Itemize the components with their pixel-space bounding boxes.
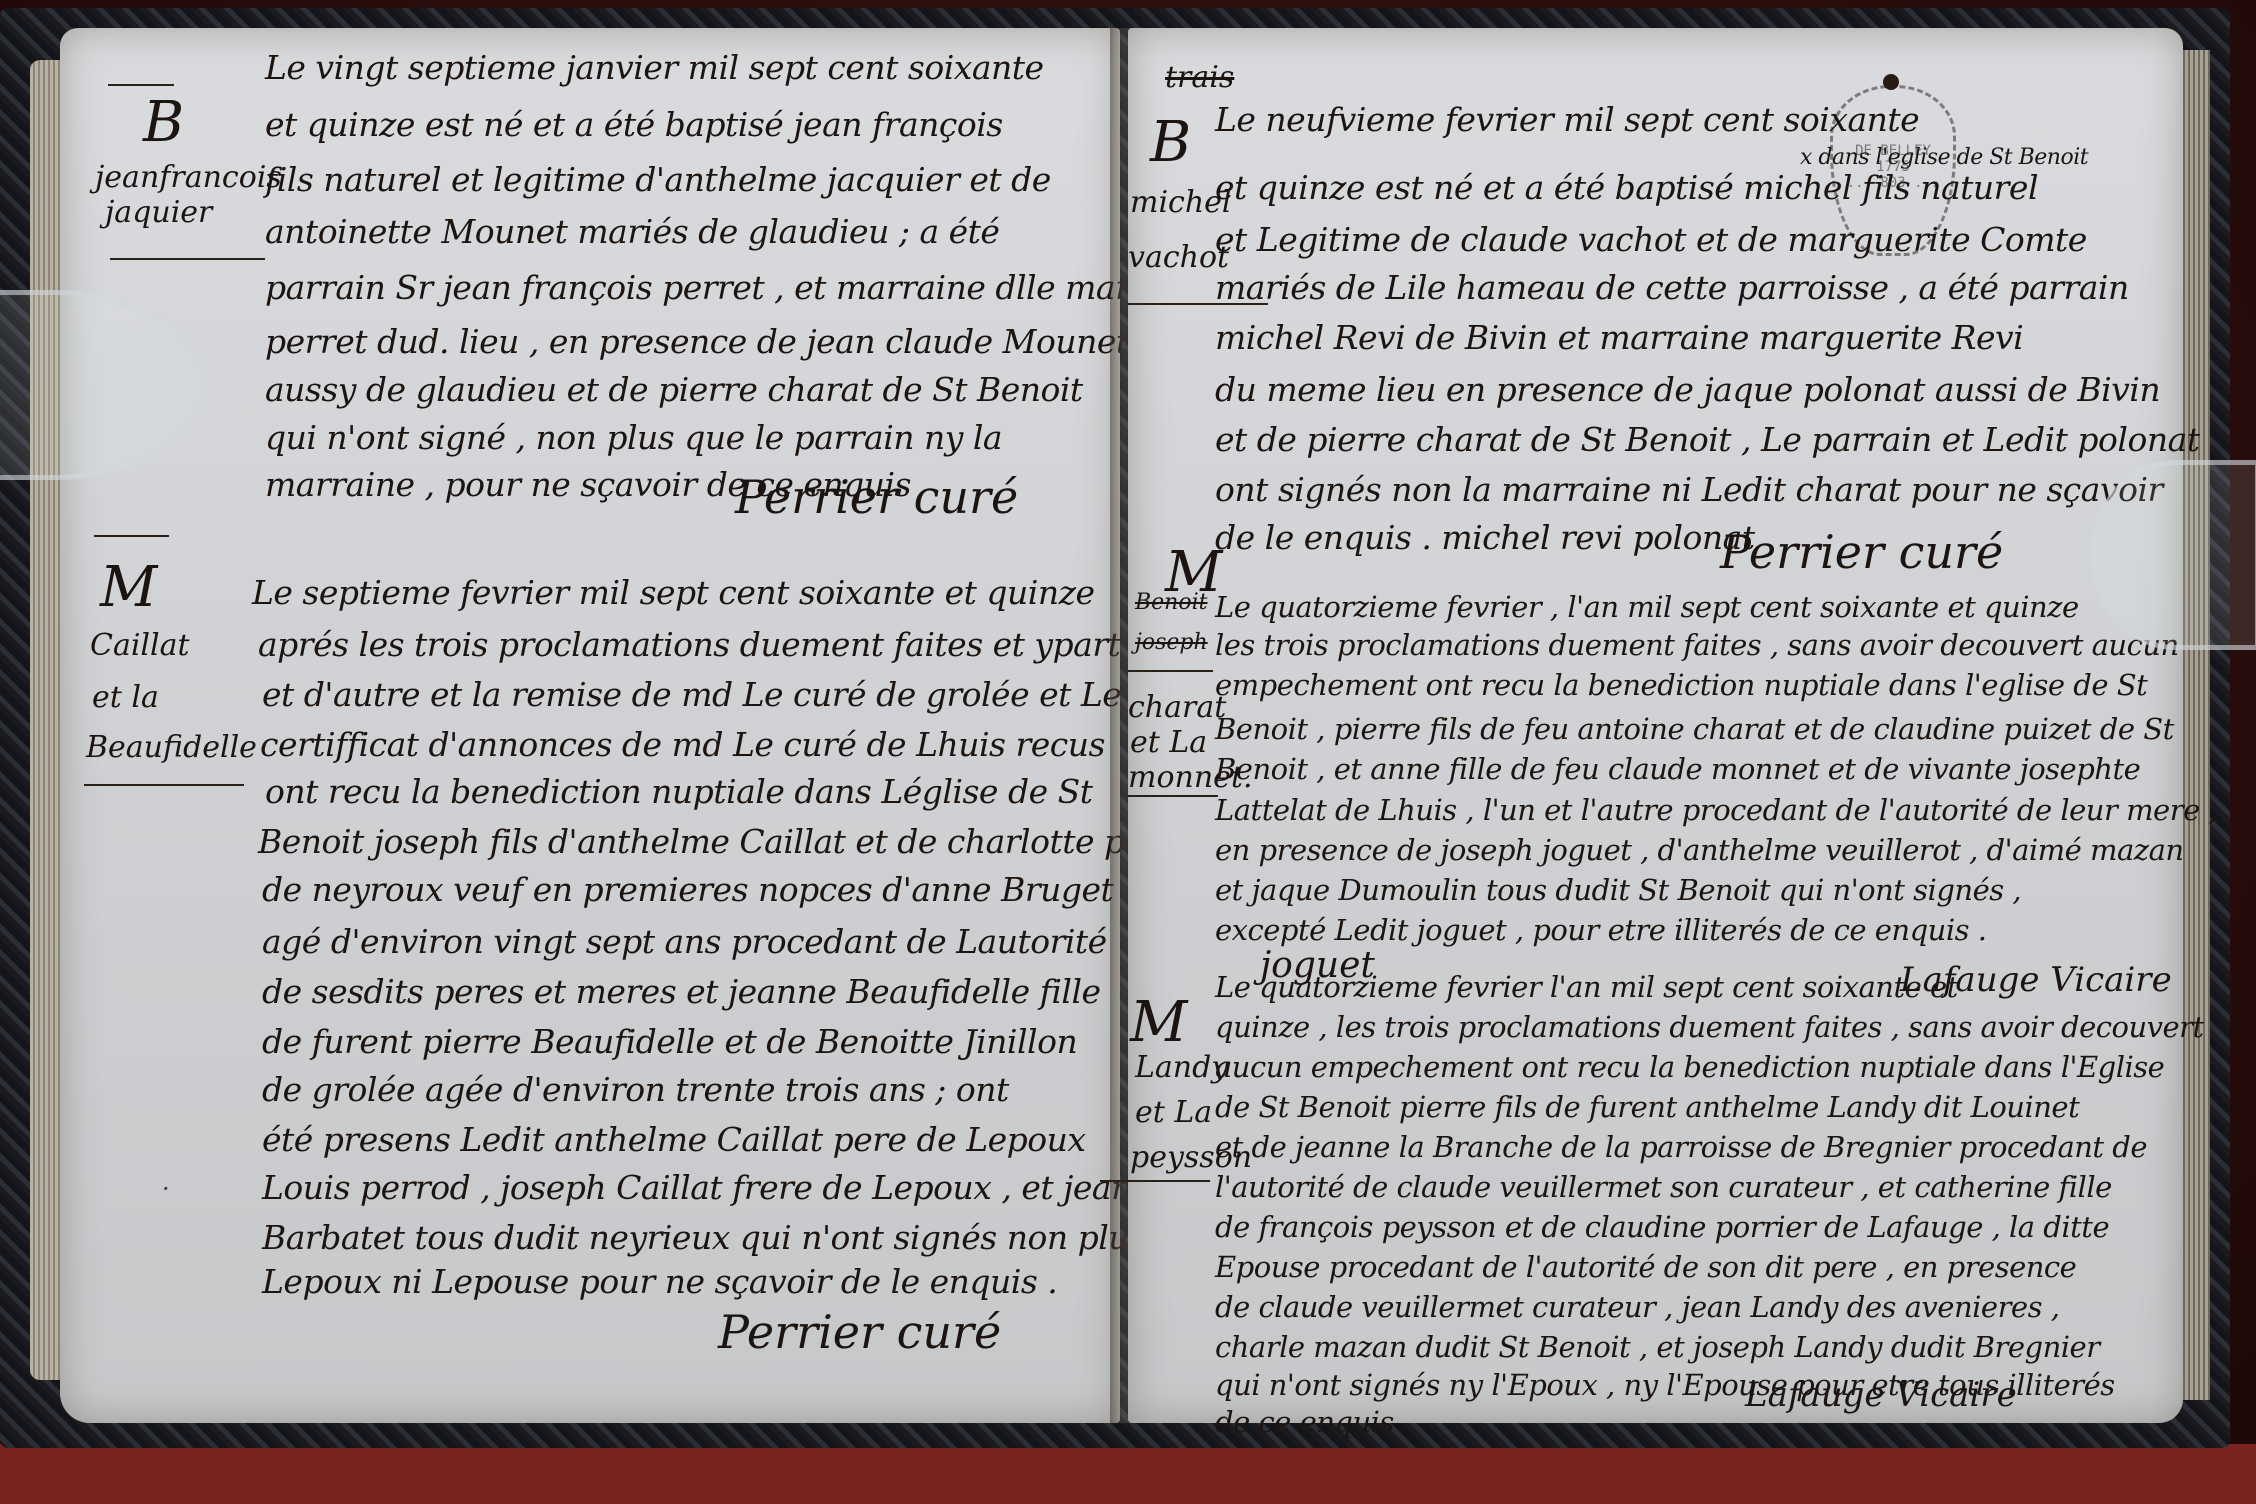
margin-rule	[1128, 670, 1213, 672]
margin-type-letter: M	[1130, 990, 1187, 1055]
text-line: de sesdits peres et meres et jeanne Beau…	[262, 972, 1101, 1011]
text-line: parrain Sr jean françois perret , et mar…	[265, 268, 1159, 307]
text-line: de le enquis . michel revi polonat	[1215, 518, 1755, 557]
text-line: de furent pierre Beaufidelle et de Benoi…	[262, 1022, 1077, 1061]
text-line: Le septieme fevrier mil sept cent soixan…	[252, 573, 1095, 612]
text-line: et de jeanne la Branche de la parroisse …	[1215, 1130, 2147, 1164]
text-line: perret dud. lieu , en presence de jean c…	[265, 322, 1129, 361]
page-stack-right	[2180, 50, 2210, 1400]
text-line: de St Benoit pierre fils de furent anthe…	[1215, 1090, 2079, 1124]
text-line: Le vingt septieme janvier mil sept cent …	[265, 48, 1044, 87]
margin-rule	[84, 784, 244, 786]
vicar-signature: Lafauge Vicaire	[1745, 1375, 2017, 1415]
margin-type-letter: M	[100, 555, 157, 620]
margin-name: jaquier	[105, 195, 212, 230]
text-line: charle mazan dudit St Benoit , et joseph…	[1215, 1330, 2100, 1364]
text-line: de grolée agée d'environ trente trois an…	[262, 1070, 1009, 1109]
text-line: été presens Ledit anthelme Caillat pere …	[262, 1120, 1086, 1159]
transparent-page-clip	[2090, 460, 2256, 650]
priest-signature: Perrier curé	[718, 1305, 1001, 1359]
text-line: de ce enquis .	[1215, 1405, 1411, 1439]
insertion-note: x dans l'eglise de St Benoit	[1800, 145, 2088, 170]
text-line: fils naturel et legitime d'anthelme jacq…	[265, 160, 1051, 199]
margin-rule	[1100, 1180, 1210, 1182]
text-line: Le quatorzieme fevrier , l'an mil sept c…	[1215, 590, 2079, 624]
priest-signature: Perrier curé	[735, 470, 1018, 524]
text-line: aprés les trois proclamations duement fa…	[258, 625, 1120, 664]
margin-rule	[108, 84, 174, 86]
margin-name-struck: joseph	[1135, 630, 1208, 655]
text-line: et d'autre et la remise de md Le curé de…	[262, 675, 1121, 714]
text-line: et de pierre charat de St Benoit , Le pa…	[1215, 420, 2200, 459]
margin-mark: ·	[162, 1175, 169, 1203]
text-line: mariés de Lile hameau de cette parroisse…	[1215, 268, 2129, 307]
text-line: empechement ont recu la benediction nupt…	[1215, 668, 2147, 702]
margin-header-struck: trais	[1165, 60, 1234, 95]
text-line: Lattelat de Lhuis , l'un et l'autre proc…	[1215, 793, 2217, 827]
text-line: certifficat d'annonces de md Le curé de …	[260, 725, 1105, 764]
text-line: Barbatet tous dudit neyrieux qui n'ont s…	[262, 1218, 1216, 1257]
text-line: de françois peysson et de claudine porri…	[1215, 1210, 2109, 1244]
text-line: Louis perrod , joseph Caillat frere de L…	[262, 1168, 1132, 1207]
text-line: Le neufvieme fevrier mil sept cent soixa…	[1215, 100, 1919, 139]
text-line: Le quatorzieme fevrier l'an mil sept cen…	[1215, 970, 1958, 1004]
margin-name: et la	[92, 680, 159, 715]
text-line: aucun empechement ont recu la benedictio…	[1215, 1050, 2164, 1084]
text-line: aussy de glaudieu et de pierre charat de…	[265, 370, 1083, 409]
margin-rule	[1128, 795, 1218, 797]
text-line: Benoit joseph fils d'anthelme Caillat et…	[258, 822, 1214, 861]
text-line: Lepoux ni Lepouse pour ne sçavoir de le …	[262, 1262, 1057, 1301]
red-cloth	[0, 1444, 2256, 1504]
margin-name: Beaufidelle	[86, 730, 257, 765]
margin-rule	[94, 535, 169, 537]
text-line: quinze , les trois proclamations duement…	[1215, 1010, 2204, 1044]
margin-name: Caillat	[90, 628, 190, 663]
margin-name: et La	[1130, 725, 1207, 760]
text-line: de claude veuillermet curateur , jean La…	[1215, 1290, 2059, 1324]
text-line: michel Revi de Bivin et marraine marguer…	[1215, 318, 2023, 357]
margin-type-letter: B	[1150, 110, 1191, 175]
text-line: Epouse procedant de l'autorité de son di…	[1215, 1250, 2076, 1284]
text-line: et quinze est né et a été baptisé michel…	[1215, 168, 2038, 207]
priest-signature: Perrier curé	[1720, 525, 2003, 579]
margin-type-letter: B	[143, 90, 184, 155]
text-line: ont recu la benediction nuptiale dans Lé…	[265, 772, 1092, 811]
margin-name: vachot	[1128, 240, 1229, 275]
margin-name: jeanfrancois	[95, 160, 282, 195]
margin-name-struck: Benoit	[1135, 590, 1207, 615]
text-line: du meme lieu en presence de jaque polona…	[1215, 370, 2160, 409]
text-line: de neyroux veuf en premieres nopces d'an…	[262, 870, 1113, 909]
text-line: agé d'environ vingt sept ans procedant d…	[262, 922, 1107, 961]
text-line: Benoit , et anne fille de feu claude mon…	[1215, 752, 2140, 786]
text-line: et jaque Dumoulin tous dudit St Benoit q…	[1215, 873, 2021, 907]
text-line: antoinette Mounet mariés de glaudieu ; a…	[265, 212, 999, 251]
text-line: qui n'ont signé , non plus que le parrai…	[265, 418, 1002, 457]
text-line: les trois proclamations duement faites ,…	[1215, 628, 2179, 662]
text-line: l'autorité de claude veuillermet son cur…	[1215, 1170, 2112, 1204]
text-line: et Legitime de claude vachot et de margu…	[1215, 220, 2087, 259]
margin-name: et La	[1135, 1095, 1212, 1130]
margin-name: charat	[1128, 690, 1226, 725]
text-line: excepté Ledit joguet , pour etre illiter…	[1215, 913, 1986, 947]
text-line: en presence de joseph joguet , d'anthelm…	[1215, 833, 2184, 867]
text-line: Benoit , pierre fils de feu antoine char…	[1215, 712, 2174, 746]
margin-rule	[110, 258, 265, 260]
text-line: et quinze est né et a été baptisé jean f…	[265, 105, 1003, 144]
text-line: ont signés non la marraine ni Ledit char…	[1215, 470, 2163, 509]
